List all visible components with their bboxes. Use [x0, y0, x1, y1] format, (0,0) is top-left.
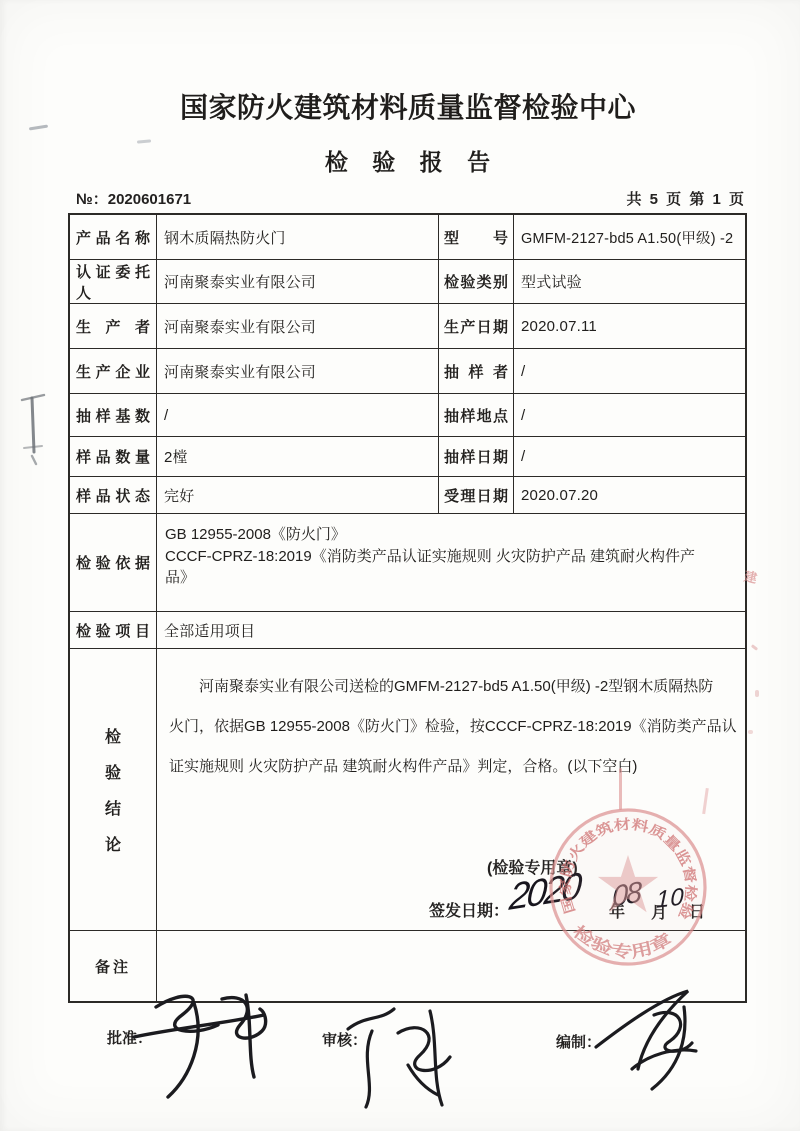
row-value: GMFM-2127-bd5 A1.50(甲级) -2 — [514, 215, 745, 259]
label-text: 型号 — [444, 227, 508, 248]
conclusion-text: 河南聚泰实业有限公司送检的GMFM-2127-bd5 A1.50(甲级) -2型… — [157, 649, 745, 787]
row-label: 型号 — [439, 215, 514, 259]
row-label: 生产日期 — [439, 304, 514, 348]
row-value: / — [514, 394, 745, 436]
items-value: 全部适用项目 — [157, 612, 745, 648]
row-label: 检验依据 — [70, 514, 157, 611]
row-value: 河南聚泰实业有限公司 — [157, 349, 439, 393]
row-label: 抽样地点 — [439, 394, 514, 436]
report-table: 产品名称 钢木质隔热防火门 型号 GMFM-2127-bd5 A1.50(甲级)… — [68, 213, 747, 1003]
table-row-items: 检验项目 全部适用项目 — [70, 612, 745, 649]
red-edge-mark — [751, 644, 758, 651]
row-value: 河南聚泰实业有限公司 — [157, 260, 439, 303]
row-label: 产品名称 — [70, 215, 157, 259]
row-value: / — [514, 349, 745, 393]
pen-mark — [137, 139, 151, 143]
row-label: 抽样者 — [439, 349, 514, 393]
row-label: 检验类别 — [439, 260, 514, 303]
row-label: 抽样日期 — [439, 437, 514, 476]
approve-signature — [126, 985, 276, 1110]
basis-value: GB 12955-2008《防火门》 CCCF-CPRZ-18:2019《消防类… — [157, 514, 745, 611]
conclusion-line: 河南聚泰实业有限公司送检的GMFM-2127-bd5 A1.50(甲级) -2型… — [169, 667, 735, 707]
label-text: 生产日期 — [444, 316, 508, 337]
row-value: 型式试验 — [514, 260, 745, 303]
conclusion-cell: 河南聚泰实业有限公司送检的GMFM-2127-bd5 A1.50(甲级) -2型… — [157, 649, 745, 930]
handwritten-month: 08 — [612, 876, 640, 914]
label-text: 受理日期 — [444, 485, 508, 506]
label-text: 生产者 — [76, 316, 150, 337]
label-text: 备注 — [70, 956, 156, 977]
red-edge-mark — [755, 690, 759, 697]
label-text: 检验类别 — [444, 271, 508, 292]
row-value: 河南聚泰实业有限公司 — [157, 304, 439, 348]
table-row: 样品状态 完好 受理日期 2020.07.20 — [70, 477, 745, 514]
row-value: / — [514, 437, 745, 476]
row-label: 受理日期 — [439, 477, 514, 513]
row-value: 2樘 — [157, 437, 439, 476]
conclusion-line: 火门，依据GB 12955-2008《防火门》检验，按CCCF-CPRZ-18:… — [169, 707, 735, 747]
scanned-report-page: 国家防火建筑材料质量监督检验中心 检 验 报 告 №：2020601671 共 … — [0, 0, 800, 1131]
row-value: 钢木质隔热防火门 — [157, 215, 439, 259]
label-text: 认证委托人 — [76, 261, 150, 303]
label-char: 验 — [70, 760, 156, 783]
label-text: 检验依据 — [76, 552, 150, 573]
row-label: 生产企业 — [70, 349, 157, 393]
label-text: 检验项目 — [76, 620, 150, 641]
red-edge-mark — [748, 730, 753, 734]
report-title: 检 验 报 告 — [12, 144, 800, 177]
row-value: / — [157, 394, 439, 436]
row-value: 2020.07.20 — [514, 477, 745, 513]
row-label: 样品状态 — [70, 477, 157, 513]
table-row: 生产者 河南聚泰实业有限公司 生产日期 2020.07.11 — [70, 304, 745, 349]
basis-line: CCCF-CPRZ-18:2019《消防类产品认证实施规则 火灾防护产品 建筑耐… — [165, 546, 737, 568]
page-info: 共 5 页 第 1 页 — [626, 188, 746, 209]
label-text: 抽样日期 — [444, 446, 508, 467]
row-label: 检验项目 — [70, 612, 157, 648]
table-row: 产品名称 钢木质隔热防火门 型号 GMFM-2127-bd5 A1.50(甲级)… — [70, 215, 745, 260]
staple-mark — [18, 386, 54, 474]
row-label: 样品数量 — [70, 437, 157, 476]
label-char: 检 — [70, 724, 156, 747]
row-label: 生产者 — [70, 304, 157, 348]
table-row-basis: 检验依据 GB 12955-2008《防火门》 CCCF-CPRZ-18:201… — [70, 514, 745, 612]
table-row-conclusion: 检 验 结 论 河南聚泰实业有限公司送检的GMFM-2127-bd5 A1.50… — [70, 649, 745, 931]
row-label: 认证委托人 — [70, 260, 157, 303]
table-row: 认证委托人 河南聚泰实业有限公司 检验类别 型式试验 — [70, 260, 745, 304]
label-char: 论 — [70, 832, 156, 855]
stamp-artifact — [619, 768, 622, 810]
basis-line: 品》 — [165, 567, 737, 589]
handwritten-day: 10 — [656, 883, 685, 915]
row-value: 完好 — [157, 477, 439, 513]
label-char: 结 — [70, 796, 156, 819]
report-number: №：2020601671 — [76, 188, 191, 209]
label-text: 样品状态 — [76, 485, 150, 506]
sign-date-label: 签发日期： — [429, 898, 509, 921]
org-title: 国家防火建筑材料质量监督检验中心 — [8, 86, 800, 126]
basis-line: GB 12955-2008《防火门》 — [165, 524, 737, 546]
day-unit: 日 — [689, 899, 705, 922]
label-text: 样品数量 — [76, 446, 150, 467]
review-signature — [342, 995, 477, 1115]
conclusion-line: 证实施规则 火灾防护产品 建筑耐火构件产品》判定，合格。(以下空白) — [169, 747, 735, 787]
row-value: 2020.07.11 — [514, 304, 745, 348]
label-text: 抽样地点 — [444, 405, 508, 426]
compile-signature — [588, 985, 708, 1100]
table-row: 生产企业 河南聚泰实业有限公司 抽样者 / — [70, 349, 745, 394]
label-text: 抽样者 — [444, 361, 508, 382]
label-text: 生产企业 — [76, 361, 150, 382]
conclusion-label: 检 验 结 论 — [70, 649, 157, 930]
table-row: 抽样基数 / 抽样地点 / — [70, 394, 745, 437]
label-text: 产品名称 — [76, 227, 150, 248]
row-label: 抽样基数 — [70, 394, 157, 436]
label-text: 抽样基数 — [76, 405, 150, 426]
table-row: 样品数量 2樘 抽样日期 / — [70, 437, 745, 477]
